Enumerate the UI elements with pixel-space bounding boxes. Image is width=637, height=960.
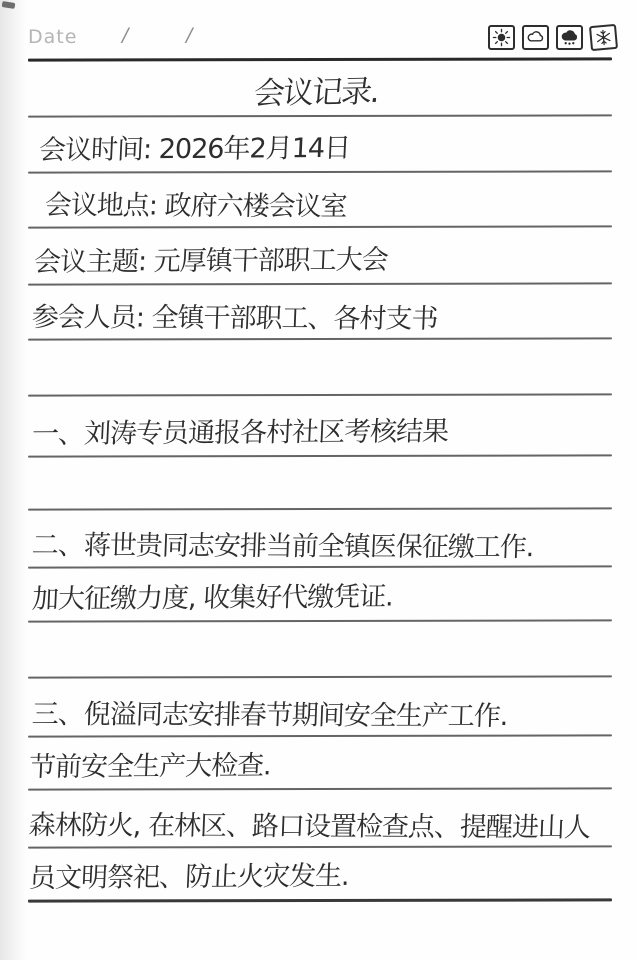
note-line-meeting-topic: 会议主题: 元厚镇干部职工大会 [33, 237, 389, 285]
date-separator-slash: / [122, 24, 128, 46]
note-line-item-2-cont: 加大征缴力度, 收集好代缴凭证. [31, 573, 394, 622]
notebook-page: Date / / [0, 0, 637, 960]
weather-icon-row [488, 25, 617, 50]
rule-line [28, 675, 612, 678]
snowflake-icon [589, 24, 618, 51]
note-line-item-2: 二、蒋世贵同志安排当前全镇医保征缴工作. [31, 522, 534, 570]
note-line-fire-prevention-cont: 员文明祭祀、防止火灾发生. [28, 853, 350, 901]
rain-icon [556, 25, 583, 50]
sun-icon [488, 25, 515, 50]
note-title: 会议记录. [252, 68, 380, 116]
rule-line [28, 57, 612, 61]
note-line-meeting-time: 会议时间: 2026年2月14日 [38, 125, 351, 173]
rule-line [28, 393, 612, 396]
note-line-item-3-cont: 节前安全生产大检查. [28, 742, 272, 790]
note-line-item-3: 三、倪溢同志安排春节期间安全生产工作. [31, 691, 508, 739]
rule-line [28, 114, 612, 117]
cloud-icon [522, 25, 549, 50]
note-line-item-1: 一、刘涛专员通报各村社区考核结果 [31, 408, 449, 457]
note-line-attendees: 参会人员: 全镇干部职工、各村支书 [31, 294, 438, 342]
date-separator-slash: / [186, 24, 192, 46]
date-label: Date [28, 26, 77, 48]
note-line-fire-prevention: 森林防火, 在林区、路口设置检查点、提醒进山人 [28, 802, 591, 850]
rule-line [28, 507, 612, 510]
photo-corner-artifact [2, 1, 16, 9]
note-line-meeting-place: 会议地点: 政府六楼会议室 [44, 182, 347, 229]
